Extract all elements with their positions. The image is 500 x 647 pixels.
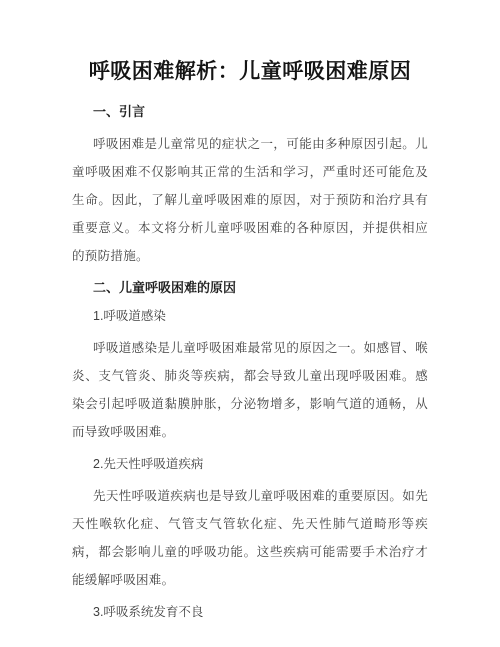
cause-2-label: 2.先天性呼吸道疾病 bbox=[72, 450, 428, 478]
document-page: 呼吸困难解析：儿童呼吸困难原因 一、引言 呼吸困难是儿童常见的症状之一，可能由多… bbox=[0, 0, 500, 647]
section-heading-causes: 二、儿童呼吸困难的原因 bbox=[72, 274, 428, 302]
cause-1-paragraph: 呼吸道感染是儿童呼吸困难最常见的原因之一。如感冒、喉炎、支气管炎、肺炎等疾病，都… bbox=[72, 334, 428, 446]
cause-1-label: 1.呼吸道感染 bbox=[72, 302, 428, 330]
cause-3-label: 3.呼吸系统发育不良 bbox=[72, 598, 428, 626]
cause-2-paragraph: 先天性呼吸道疾病也是导致儿童呼吸困难的重要原因。如先天性喉软化症、气管支气管软化… bbox=[72, 482, 428, 594]
intro-paragraph: 呼吸困难是儿童常见的症状之一，可能由多种原因引起。儿童呼吸困难不仅影响其正常的生… bbox=[72, 130, 428, 270]
document-title: 呼吸困难解析：儿童呼吸困难原因 bbox=[72, 56, 428, 88]
section-heading-intro: 一、引言 bbox=[72, 98, 428, 126]
